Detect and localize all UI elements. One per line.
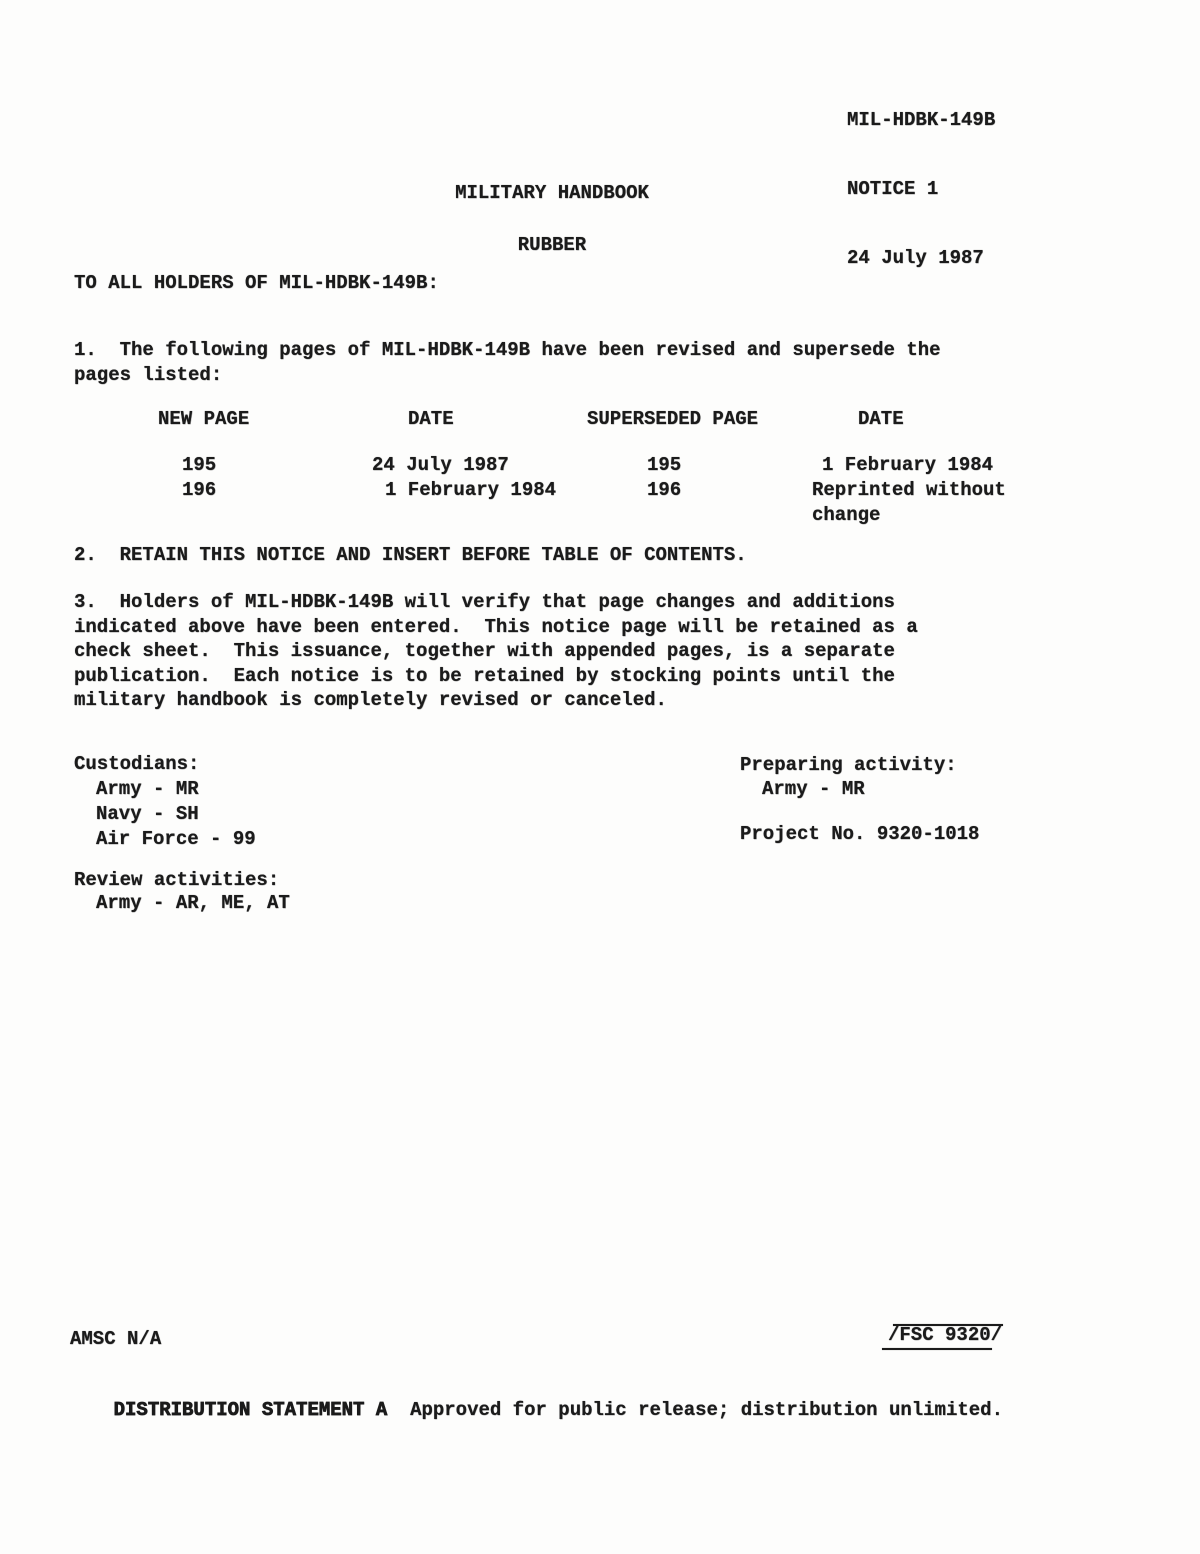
review-activities-label: Review activities: <box>74 868 279 893</box>
cell-r2-superseded-page: 196 <box>647 478 681 503</box>
handbook-title: MILITARY HANDBOOK <box>0 181 1104 206</box>
cell-r2-new-page: 196 <box>182 478 216 503</box>
distribution-label: DISTRIBUTION STATEMENT A <box>114 1399 388 1421</box>
paragraph-2: 2. RETAIN THIS NOTICE AND INSERT BEFORE … <box>74 543 747 568</box>
salutation: TO ALL HOLDERS OF MIL-HDBK-149B: <box>74 271 439 296</box>
cell-r1-new-page: 195 <box>182 453 216 478</box>
handbook-subtitle: RUBBER <box>0 233 1104 258</box>
preparing-activity-item: Army - MR <box>762 777 865 802</box>
custodian-item-air-force: Air Force - 99 <box>96 827 256 852</box>
document-page: MIL-HDBK-149B NOTICE 1 24 July 1987 MILI… <box>0 0 1200 1554</box>
custodian-item-army: Army - MR <box>96 777 199 802</box>
paragraph-3: 3. Holders of MIL-HDBK-149B will verify … <box>74 590 918 713</box>
distribution-statement: DISTRIBUTION STATEMENT A Approved for pu… <box>68 1373 1003 1448</box>
cell-r2-superseded-date: Reprinted without <box>812 478 1006 503</box>
cell-r1-date: 24 July 1987 <box>372 453 509 478</box>
col-header-date-1: DATE <box>408 407 454 432</box>
preparing-activity-label: Preparing activity: <box>740 753 957 778</box>
fsc-code: /FSC 9320/ <box>888 1323 1002 1348</box>
cell-r1-superseded-page: 195 <box>647 453 681 478</box>
project-number: Project No. 9320-1018 <box>740 822 979 847</box>
paragraph-1: 1. The following pages of MIL-HDBK-149B … <box>74 338 941 388</box>
col-header-date-2: DATE <box>858 407 904 432</box>
distribution-text: Approved for public release; distributio… <box>387 1399 1003 1421</box>
doc-number: MIL-HDBK-149B <box>847 109 995 132</box>
col-header-new-page: NEW PAGE <box>158 407 249 432</box>
custodian-item-navy: Navy - SH <box>96 802 199 827</box>
col-header-superseded-page: SUPERSEDED PAGE <box>587 407 758 432</box>
cell-r1-superseded-date: 1 February 1984 <box>822 453 993 478</box>
review-activity-item: Army - AR, ME, AT <box>96 891 290 916</box>
cell-r2-superseded-date-cont: change <box>812 503 880 528</box>
cell-r2-date: 1 February 1984 <box>385 478 556 503</box>
fsc-underline <box>882 1348 992 1350</box>
amsc-number: AMSC N/A <box>70 1327 161 1352</box>
custodians-label: Custodians: <box>74 752 199 777</box>
